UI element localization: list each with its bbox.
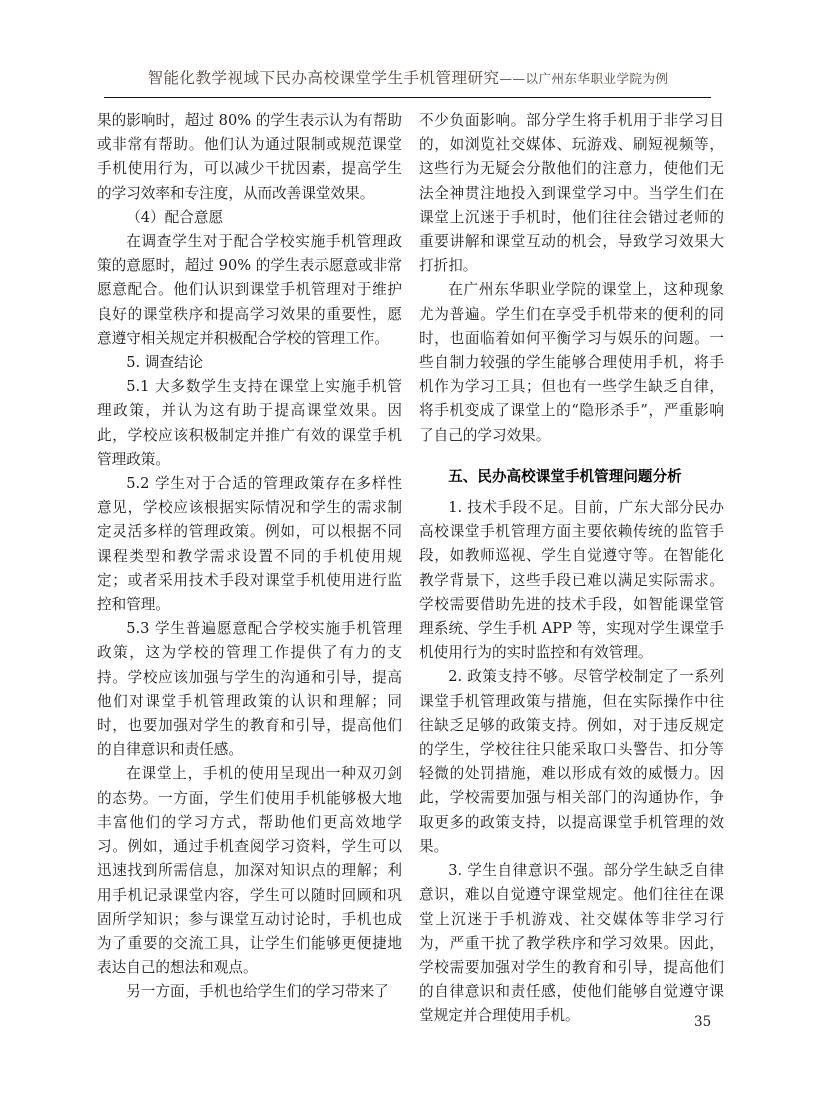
running-head: 智能化教学视域下民办高校课堂学生手机管理研究——以广州东华职业学院为例 (103, 66, 713, 88)
page-number: 35 (694, 1014, 711, 1030)
paragraph: 果的影响时，超过 80% 的学生表示认为有帮助或非常有帮助。他们认为通过限制或规… (97, 109, 402, 206)
left-column: 果的影响时，超过 80% 的学生表示认为有帮助或非常有帮助。他们认为通过限制或规… (97, 109, 402, 1005)
page-title: 智能化教学视域下民办高校课堂学生手机管理研究 (147, 69, 499, 87)
paragraph: 5. 调查结论 (97, 351, 402, 375)
paragraph: 在调查学生对于配合学校实施手机管理政策的意愿时，超过 90% 的学生表示愿意或非… (97, 230, 402, 351)
paragraph: 在课堂上，手机的使用呈现出一种双刃剑的态势。一方面，学生们使用手机能够极大地丰富… (97, 762, 402, 980)
paragraph: （4）配合意愿 (97, 206, 402, 230)
paragraph: 在广州东华职业学院的课堂上，这种现象尤为普遍。学生们在享受手机带来的便利的同时，… (419, 278, 724, 447)
header-rule (104, 97, 711, 98)
paragraph: 另一方面，手机也给学生们的学习带来了 (97, 980, 402, 1004)
paragraph: 1. 技术手段不足。目前，广东大部分民办高校课堂手机管理方面主要依赖传统的监管手… (419, 496, 724, 665)
section-heading: 五、民办高校课堂手机管理问题分析 (419, 465, 724, 489)
paragraph: 5.3 学生普遍愿意配合学校实施手机管理政策，这为学校的管理工作提供了有力的支持… (97, 617, 402, 762)
page-subtitle: ——以广州东华职业学院为例 (500, 71, 669, 86)
right-column: 不少负面影响。部分学生将手机用于非学习目的，如浏览社交媒体、玩游戏、刷短视频等，… (419, 109, 724, 1029)
paragraph: 5.1 大多数学生支持在课堂上实施手机管理政策，并认为这有助于提高课堂效果。因此… (97, 375, 402, 472)
paragraph: 不少负面影响。部分学生将手机用于非学习目的，如浏览社交媒体、玩游戏、刷短视频等，… (419, 109, 724, 278)
paragraph: 3. 学生自律意识不强。部分学生缺乏自律意识，难以自觉遵守课堂规定。他们往往在课… (419, 859, 724, 1028)
paragraph: 2. 政策支持不够。尽管学校制定了一系列课堂手机管理政策与措施，但在实际操作中往… (419, 665, 724, 859)
paragraph: 5.2 学生对于合适的管理政策存在多样性意见，学校应该根据实际情况和学生的需求制… (97, 472, 402, 617)
paper-page: 智能化教学视域下民办高校课堂学生手机管理研究——以广州东华职业学院为例 果的影响… (0, 0, 816, 1119)
